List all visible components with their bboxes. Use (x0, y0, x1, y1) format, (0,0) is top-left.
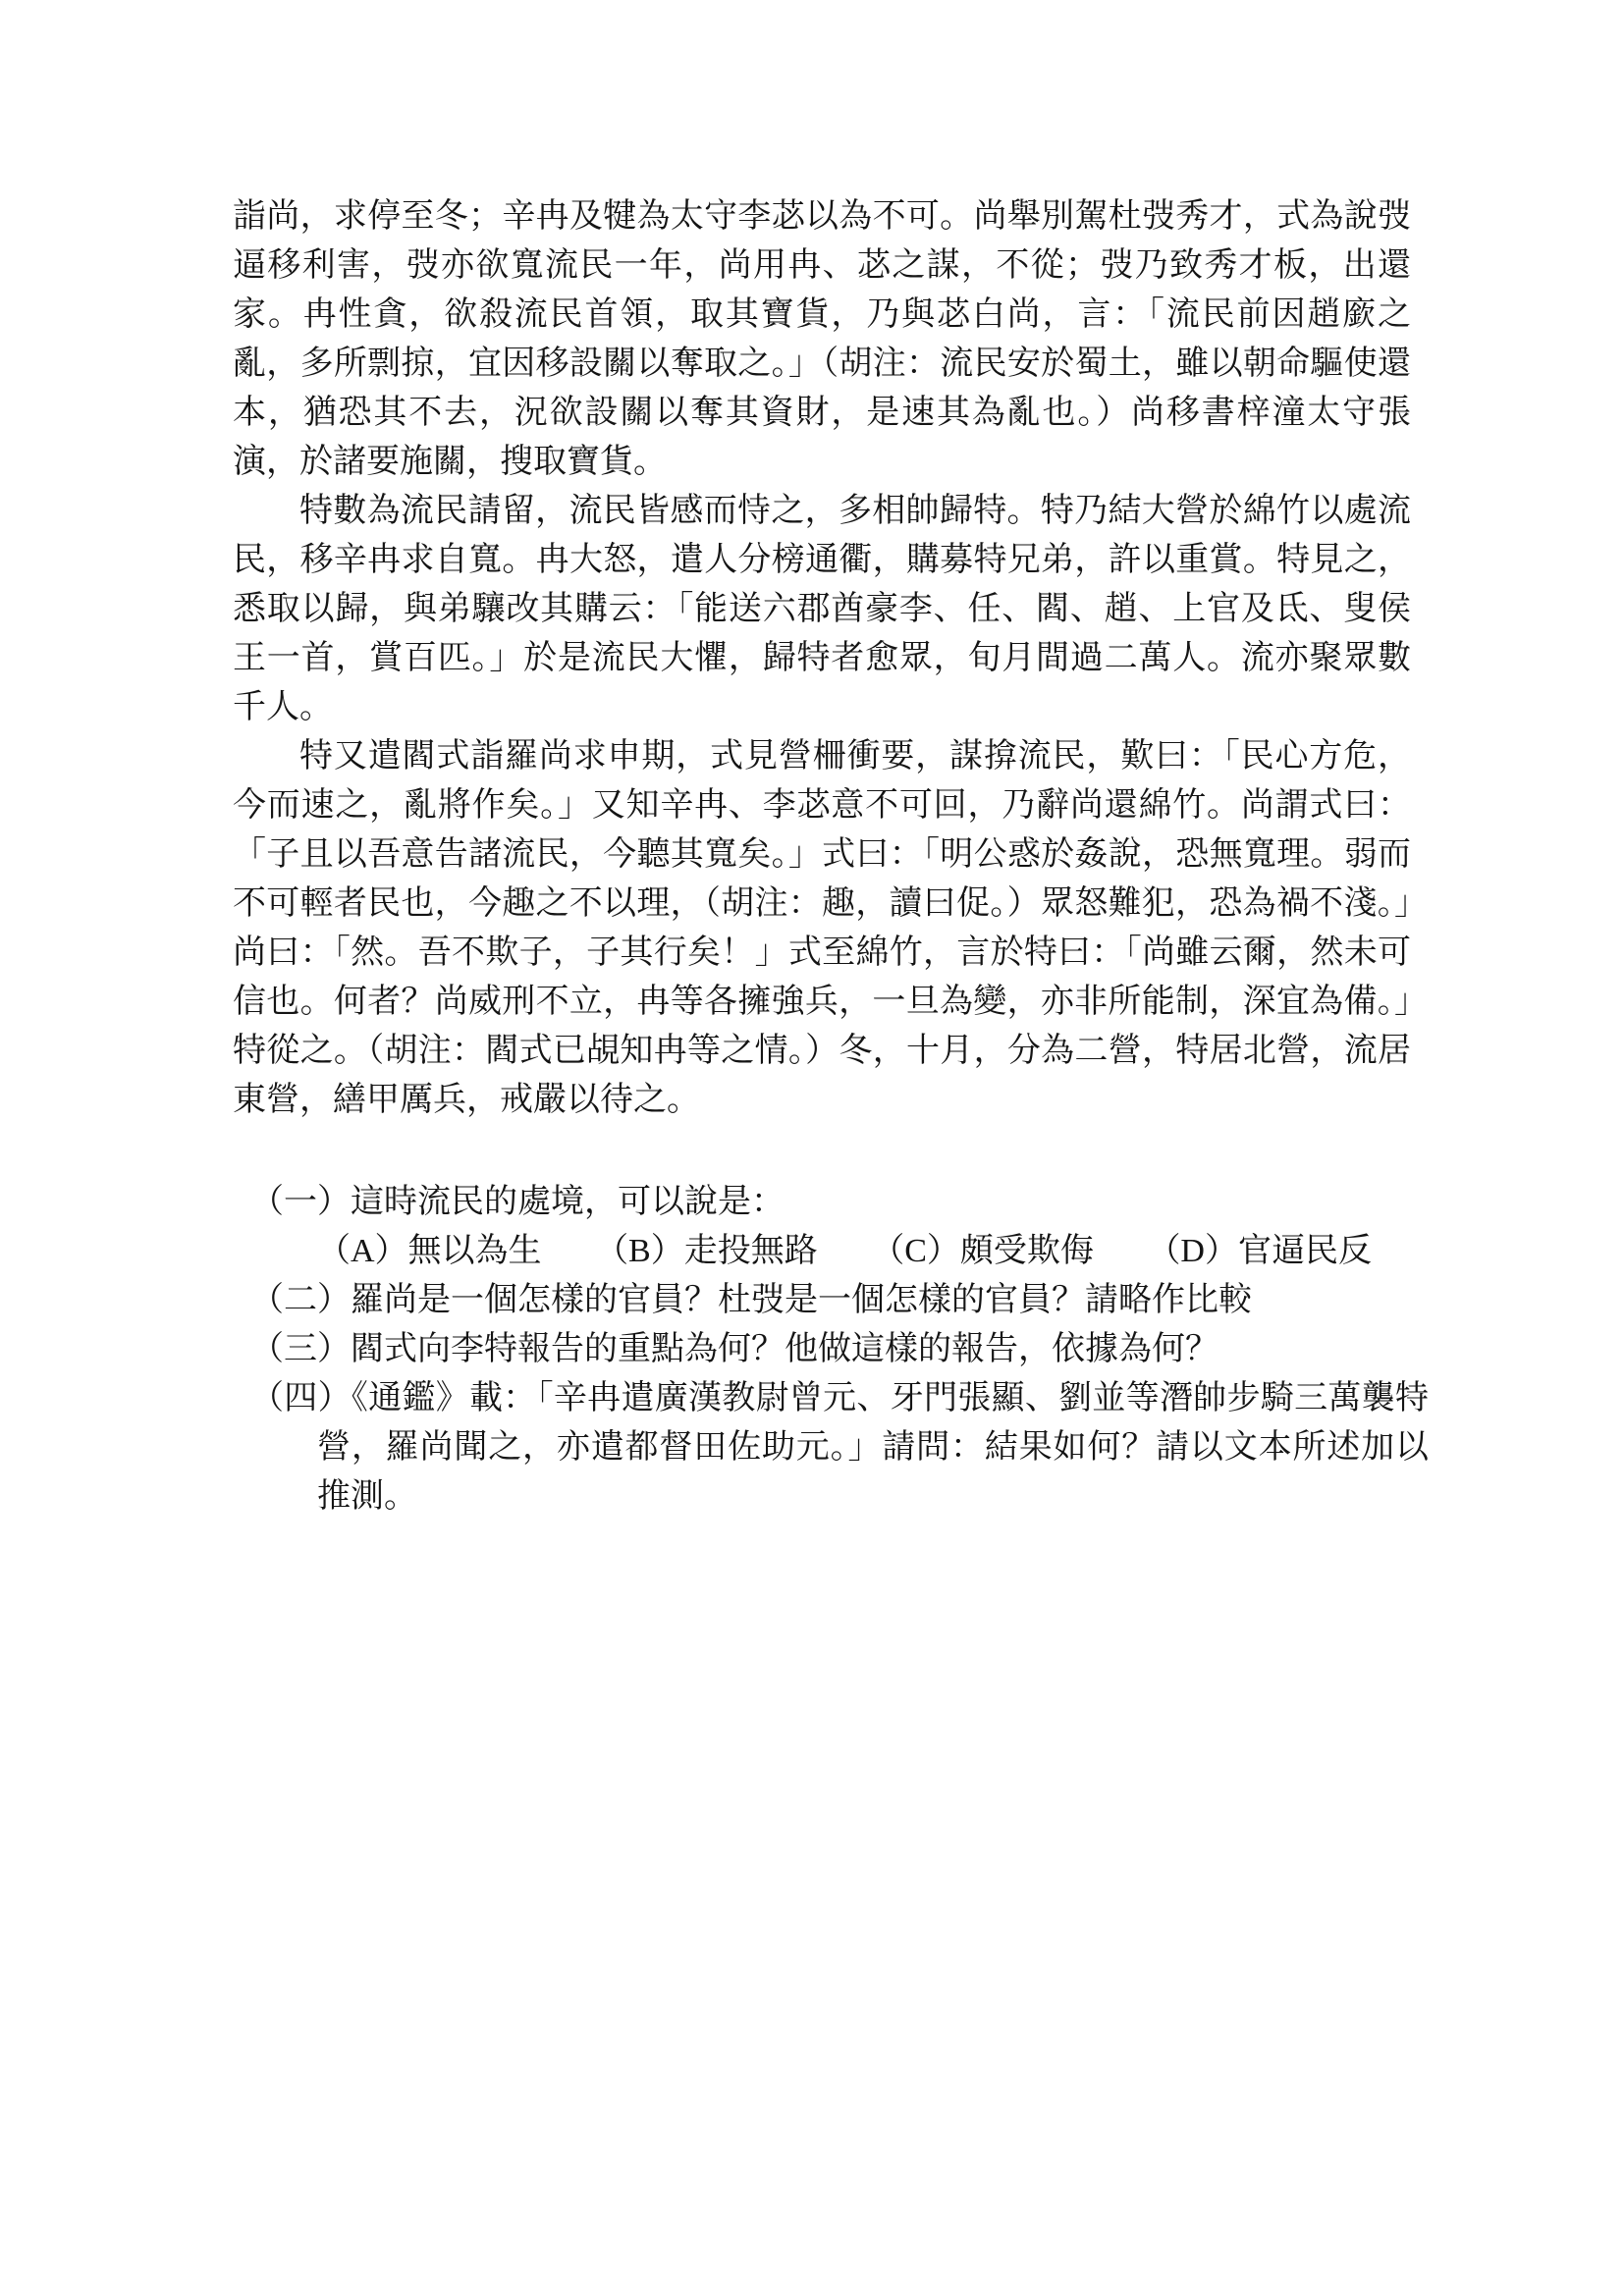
question-item-3: （三）閻式向李特報告的重點為何？他做這樣的報告，依據為何？ (250, 1325, 1429, 1374)
paragraph-3: 特又遣閻式詣羅尚求申期，式見營柵衝要，謀揜流民，歎曰：「民心方危，今而速之，亂將… (233, 732, 1411, 1125)
option-d: （D）官逼民反 (1147, 1233, 1372, 1269)
question-list: （一）這時流民的處境，可以說是： （A）無以為生 （B）走投無路 （C）頗受欺侮… (250, 1178, 1429, 1522)
question-text: 閻式向李特報告的重點為何？他做這樣的報告，依據為何？ (351, 1331, 1218, 1367)
question-item-2: （二）羅尚是一個怎樣的官員？杜弢是一個怎樣的官員？請略作比較 (250, 1276, 1429, 1325)
paragraph-1: 詣尚，求停至冬；辛冉及犍為太守李苾以為不可。尚舉別駕杜弢秀才，式為說弢逼移利害，… (233, 192, 1411, 487)
question-item-1: （一）這時流民的處境，可以說是： (250, 1178, 1429, 1227)
question-text: 這時流民的處境，可以說是： (351, 1184, 785, 1220)
question-label: （二） (250, 1282, 351, 1318)
question-text: 羅尚是一個怎樣的官員？杜弢是一個怎樣的官員？請略作比較 (351, 1282, 1252, 1318)
question-label: （三） (250, 1331, 351, 1367)
option-b: （B）走投無路 (595, 1233, 818, 1269)
question-item-4: （四）《通鑑》載：「辛冉遣廣漢教尉曾元、牙門張顯、劉並等潛帥步騎三萬襲特營，羅尚… (250, 1374, 1429, 1522)
option-c: （C）頗受欺侮 (871, 1233, 1094, 1269)
option-a: （A）無以為生 (317, 1233, 542, 1269)
question-text: 《通鑑》載：「辛冉遣廣漢教尉曾元、牙門張顯、劉並等潛帥步騎三萬襲特營，羅尚聞之，… (317, 1380, 1429, 1515)
paragraph-2: 特數為流民請留，流民皆感而恃之，多相帥歸特。特乃結大營於綿竹以處流民，移辛冉求自… (233, 487, 1411, 732)
body-text: 詣尚，求停至冬；辛冉及犍為太守李苾以為不可。尚舉別駕杜弢秀才，式為說弢逼移利害，… (233, 192, 1411, 1125)
question-label: （四） (250, 1380, 352, 1416)
question-label: （一） (250, 1184, 351, 1220)
question-1-options: （A）無以為生 （B）走投無路 （C）頗受欺侮 （D）官逼民反 (317, 1227, 1429, 1276)
document-page: 詣尚，求停至冬；辛冉及犍為太守李苾以為不可。尚舉別駕杜弢秀才，式為說弢逼移利害，… (0, 0, 1624, 2296)
